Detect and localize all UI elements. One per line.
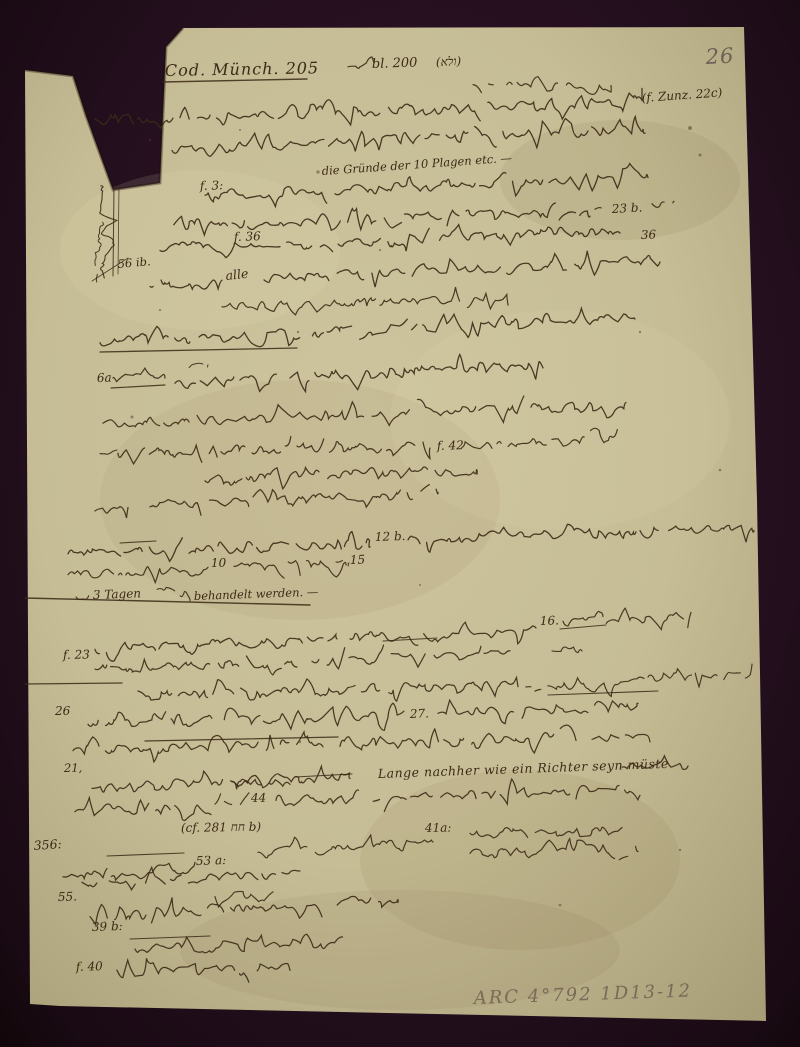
inscription-ref-16: 16.	[540, 613, 560, 628]
inscription-ref-f42: f. 42	[436, 438, 464, 453]
paper-stain	[390, 310, 730, 530]
paper-speck	[131, 416, 134, 419]
inscription-ref-23b: 23 b.	[610, 200, 642, 216]
inscription-ref-f40: f. 40	[75, 959, 104, 974]
paper-speck	[639, 331, 641, 333]
inscription-ref-f3: f. 3:	[199, 178, 224, 193]
inscription-ref-53a: 53 a:	[196, 853, 227, 868]
inscription-ref-44: 44	[250, 791, 267, 805]
paper-speck	[297, 331, 299, 333]
paper-speck	[379, 249, 381, 251]
inscription-ref-10: 10	[211, 556, 227, 570]
paper-speck	[239, 129, 241, 131]
paper-speck	[719, 469, 722, 472]
paper-speck	[419, 584, 421, 586]
paper-speck	[299, 741, 301, 743]
inscription-ref-cf281: (cf. חח 281 b)	[181, 820, 262, 835]
inscription-note-3-tagen: 3 Tagen	[93, 586, 142, 602]
inscription-folio-ref-hebrew: (ולא)	[436, 54, 462, 69]
inscription-page-number: 26	[704, 44, 735, 70]
inscription-ref-41a: 41a:	[424, 821, 452, 835]
paper-speck	[159, 309, 161, 311]
inscription-ref-27: 27.	[409, 706, 430, 721]
inscription-ref-12b: 12 b.	[375, 529, 406, 544]
inscription-ref-356: 356:	[33, 836, 62, 853]
manuscript-photo: Cod. Münch. 205bl. 200(ולא)26(f. Zunz. 2…	[0, 0, 800, 1047]
inscription-ref-55: 55.	[58, 889, 78, 904]
inscription-ref-f23: f. 23	[62, 648, 91, 662]
inscription-ref-56ib: 56 ib.	[117, 254, 151, 271]
inscription-ref-36-right: 36	[641, 227, 657, 242]
inscription-word-alle: alle	[225, 266, 249, 283]
paper-speck	[559, 904, 562, 907]
inscription-ref-26-margin: 26	[54, 704, 71, 718]
paper-speck	[316, 170, 319, 173]
inscription-cod-title: Cod. Münch. 205	[165, 58, 320, 80]
paper-speck	[699, 154, 702, 157]
inscription-folio-ref: bl. 200	[372, 55, 418, 72]
paper-speck	[688, 126, 692, 130]
manuscript-scan: Cod. Münch. 205bl. 200(ולא)26(f. Zunz. 2…	[0, 0, 800, 1047]
inscription-ref-21: 21,	[63, 761, 83, 775]
inscription-ref-6a: 6a	[97, 370, 112, 385]
paper-speck	[679, 849, 681, 851]
inscription-ref-39b: 39 b:	[92, 919, 123, 934]
inscription-ref-15: 15	[350, 552, 366, 567]
paper-speck	[149, 139, 152, 142]
inscription-ref-f36-left: f. 36	[233, 229, 262, 244]
